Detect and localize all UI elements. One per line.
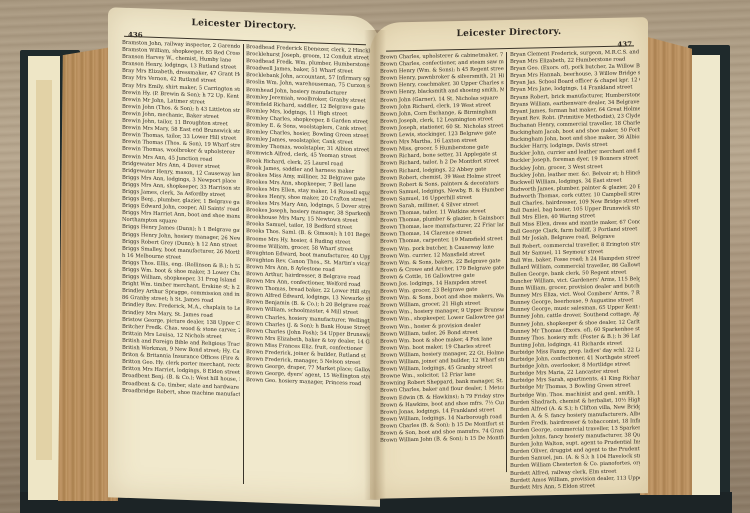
left-page: Leicester Directory. 436 Bramston John, …: [108, 7, 380, 506]
endpaper-right: [690, 55, 720, 495]
page-number: 436: [128, 30, 143, 40]
running-head: Leicester Directory.: [370, 25, 648, 41]
page-number: 437: [617, 39, 632, 48]
book-gutter: [364, 30, 386, 500]
endpaper-stain: [36, 80, 52, 460]
directory-column: Bryan Clement Frederick, surgeon, M.R.C.…: [510, 49, 640, 492]
directory-column: Bramston John, railway inspector, 2 Gare…: [122, 40, 240, 399]
column-divider: [506, 52, 507, 472]
column-divider: [243, 44, 244, 484]
endpaper-left: [28, 56, 60, 500]
directory-entry: Brown William John (B. & Son); h 15 De M…: [380, 435, 504, 445]
directory-column: Broadhead Frederick Ebenezer, clerk, 2 H…: [246, 44, 374, 389]
right-page: Leicester Directory. 437 Brown Charles, …: [370, 17, 648, 499]
directory-column: Brown Charles, upholsterer & cabinetmake…: [380, 52, 504, 445]
running-head: Leicester Directory.: [108, 15, 380, 34]
